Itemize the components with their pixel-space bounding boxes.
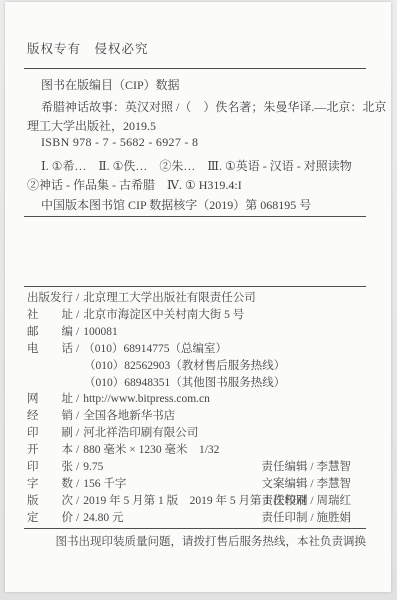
separator: / (76, 393, 79, 405)
credit-print-supervisor: 责任印制 / 施胜娟 (262, 510, 351, 527)
pub-value: 880 毫米 × 1230 毫米 1/32 (83, 444, 219, 456)
separator: / (76, 495, 79, 507)
cip-title-line2: 理工大学出版社，2019.5 (27, 117, 156, 134)
credit-executive-editor: 责任编辑 / 李慧智 (262, 459, 351, 476)
pub-value: （010）68948351（其他图书服务热线） (84, 377, 285, 389)
pub-row-phone-2: （010）82562903（教材售后服务热线） (27, 358, 371, 375)
separator: / (76, 427, 79, 439)
credit-copy-editor: 文案编辑 / 李慧智 (262, 476, 351, 493)
pub-value: http://www.bitpress.com.cn (83, 393, 210, 405)
pub-label: 网 址 (27, 393, 73, 405)
pub-row-price: 定 价/24.80 元 责任印制 / 施胜娟 (27, 510, 371, 527)
separator: / (76, 461, 79, 473)
credit-proofreader: 责任校对 / 周瑞红 (262, 493, 351, 510)
separator: / (76, 309, 79, 321)
pub-value: 156 千字 (83, 478, 126, 490)
pub-row-phone: 电 话/（010）68914775（总编室） (27, 341, 371, 358)
pub-label: 版 次 (27, 495, 73, 507)
cip-classification-line2: ②神话 - 作品集 - 古希腊 Ⅳ. ① H319.4:I (27, 176, 242, 193)
pub-row-website: 网 址/http://www.bitpress.com.cn (27, 391, 371, 408)
cip-isbn: ISBN 978 - 7 - 5682 - 6927 - 8 (41, 135, 198, 150)
pub-label: 邮 编 (27, 326, 73, 338)
pub-value: 24.80 元 (83, 512, 123, 524)
cip-record-number: 中国版本图书馆 CIP 数据核字（2019）第 068195 号 (41, 196, 311, 213)
pub-label: 定 价 (27, 512, 73, 524)
pub-value: 北京理工大学出版社有限责任公司 (83, 292, 256, 304)
pub-label: 社 址 (27, 309, 73, 321)
publication-info: 出版发行/北京理工大学出版社有限责任公司 社 址/北京市海淀区中关村南大街 5 … (27, 290, 371, 527)
scanned-copyright-page: { "page": { "notice": "版权专有 侵权必究", "cip"… (0, 0, 397, 600)
pub-row-phone-3: （010）68948351（其他图书服务热线） (27, 375, 371, 392)
separator: / (76, 343, 79, 355)
pub-value: 100081 (83, 326, 118, 338)
book-page: 版权专有 侵权必究 图书在版编目（CIP）数据 希腊神话故事：英汉对照 /（ ）… (5, 2, 391, 592)
pub-label: 经 销 (27, 410, 73, 422)
pub-label: 印 张 (27, 461, 73, 473)
pub-row-postcode: 邮 编/100081 (27, 324, 371, 341)
pub-value: 9.75 (83, 461, 103, 473)
separator: / (76, 292, 79, 304)
pub-value: 全国各地新华书店 (83, 410, 175, 422)
cip-classification-line1: Ⅰ. ①希… Ⅱ. ①佚… ②朱… Ⅲ. ①英语 - 汉语 - 对照读物 (41, 157, 352, 174)
pub-label: 字 数 (27, 478, 73, 490)
pub-row-address: 社 址/北京市海淀区中关村南大街 5 号 (27, 307, 371, 324)
pub-label: 电 话 (27, 343, 73, 355)
pub-label: 开 本 (27, 444, 73, 456)
pub-value: 北京市海淀区中关村南大街 5 号 (83, 309, 244, 321)
pub-row-sheets: 印 张/9.75 责任编辑 / 李慧智 (27, 459, 371, 476)
separator: / (76, 478, 79, 490)
separator: / (76, 512, 79, 524)
pub-row-distribution: 经 销/全国各地新华书店 (27, 408, 371, 425)
cip-heading: 图书在版编目（CIP）数据 (41, 76, 180, 93)
pub-value: （010）82562903（教材售后服务热线） (84, 360, 285, 372)
divider-footer (24, 528, 366, 529)
pub-row-publisher: 出版发行/北京理工大学出版社有限责任公司 (27, 290, 371, 307)
divider-top (24, 68, 366, 69)
cip-title-line1: 希腊神话故事：英汉对照 /（ ）佚名著；朱曼华译.—北京：北京 (41, 98, 386, 115)
pub-row-wordcount: 字 数/156 千字 文案编辑 / 李慧智 (27, 476, 371, 493)
copyright-notice: 版权专有 侵权必究 (27, 39, 149, 57)
pub-row-format: 开 本/880 毫米 × 1230 毫米 1/32 (27, 442, 371, 459)
pub-value: （010）68914775（总编室） (83, 343, 227, 355)
divider-publication-top (24, 286, 366, 287)
quality-service-note: 图书出现印装质量问题，请拨打售后服务热线，本社负责调换 (24, 533, 366, 549)
pub-row-edition: 版 次/2019 年 5 月第 1 版 2019 年 5 月第 1 次印刷 责任… (27, 493, 371, 510)
separator: / (76, 326, 79, 338)
pub-value: 河北祥浩印刷有限公司 (83, 427, 198, 439)
separator: / (76, 410, 79, 422)
pub-label: 出版发行 (27, 292, 73, 304)
pub-label: 印 刷 (27, 427, 73, 439)
pub-row-printer: 印 刷/河北祥浩印刷有限公司 (27, 425, 371, 442)
separator: / (76, 444, 79, 456)
divider-cip-bottom (24, 216, 366, 217)
